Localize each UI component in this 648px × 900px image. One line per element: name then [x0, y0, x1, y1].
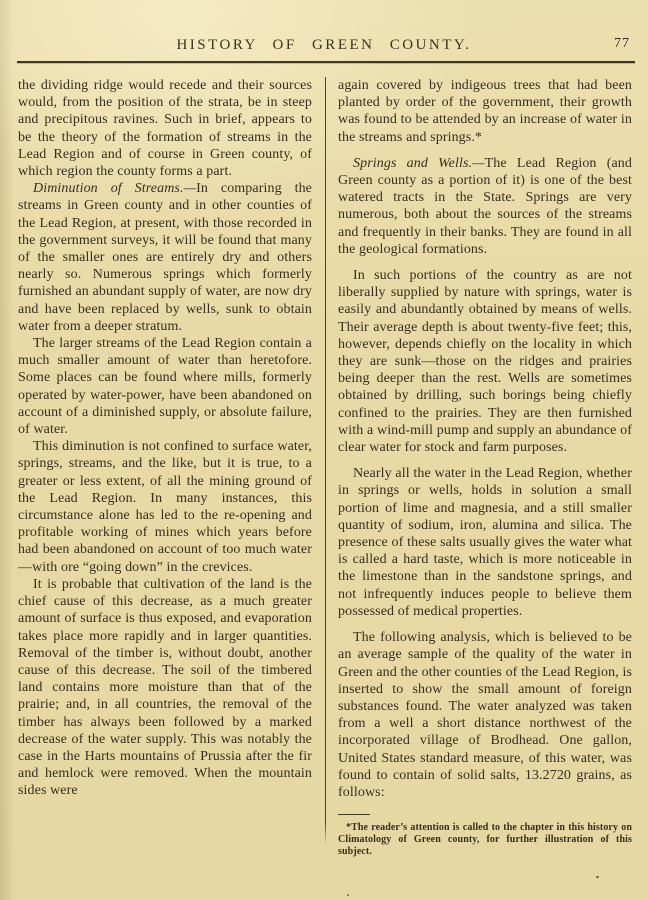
paragraph-text: In comparing the streams in Green county… — [18, 181, 312, 334]
paragraph: It is probable that cultivation of the l… — [18, 576, 312, 800]
paragraph: The following analysis, which is believe… — [338, 629, 632, 801]
paragraph: the dividing ridge would recede and thei… — [18, 77, 312, 180]
paragraph: again covered by indigeous trees that ha… — [338, 77, 632, 146]
right-column: again covered by indigeous trees that ha… — [338, 77, 632, 858]
section-lead-springs-and-wells: Springs and Wells.— — [353, 156, 485, 171]
section-lead-diminution-of-streams: Diminution of Streams.— — [33, 181, 196, 196]
paragraph: Nearly all the water in the Lead Region,… — [338, 465, 632, 620]
header-rule — [17, 61, 635, 63]
paragraph: Springs and Wells.—The Lead Region (and … — [338, 155, 632, 258]
book-page: HISTORY OF GREEN COUNTY. 77 the dividing… — [0, 0, 648, 900]
left-column: the dividing ridge would recede and thei… — [18, 77, 312, 858]
footnote-rule — [338, 814, 370, 815]
page-number: 77 — [614, 36, 630, 52]
paragraph: Diminution of Streams.—In comparing the … — [18, 180, 312, 335]
paragraph: The larger streams of the Lead Region co… — [18, 335, 312, 438]
footnote-text: *The reader’s attention is called to the… — [338, 822, 632, 857]
paragraph: This diminution is not confined to surfa… — [18, 438, 312, 576]
paragraph: In such portions of the country as are n… — [338, 267, 632, 456]
column-divider — [325, 77, 326, 845]
footnote: *The reader’s attention is called to the… — [338, 814, 632, 857]
text-columns: the dividing ridge would recede and thei… — [18, 77, 632, 858]
paper-speck — [347, 894, 349, 896]
page-title: HISTORY OF GREEN COUNTY. — [176, 37, 471, 53]
paper-speck — [596, 876, 599, 878]
running-header: HISTORY OF GREEN COUNTY. — [0, 36, 648, 54]
